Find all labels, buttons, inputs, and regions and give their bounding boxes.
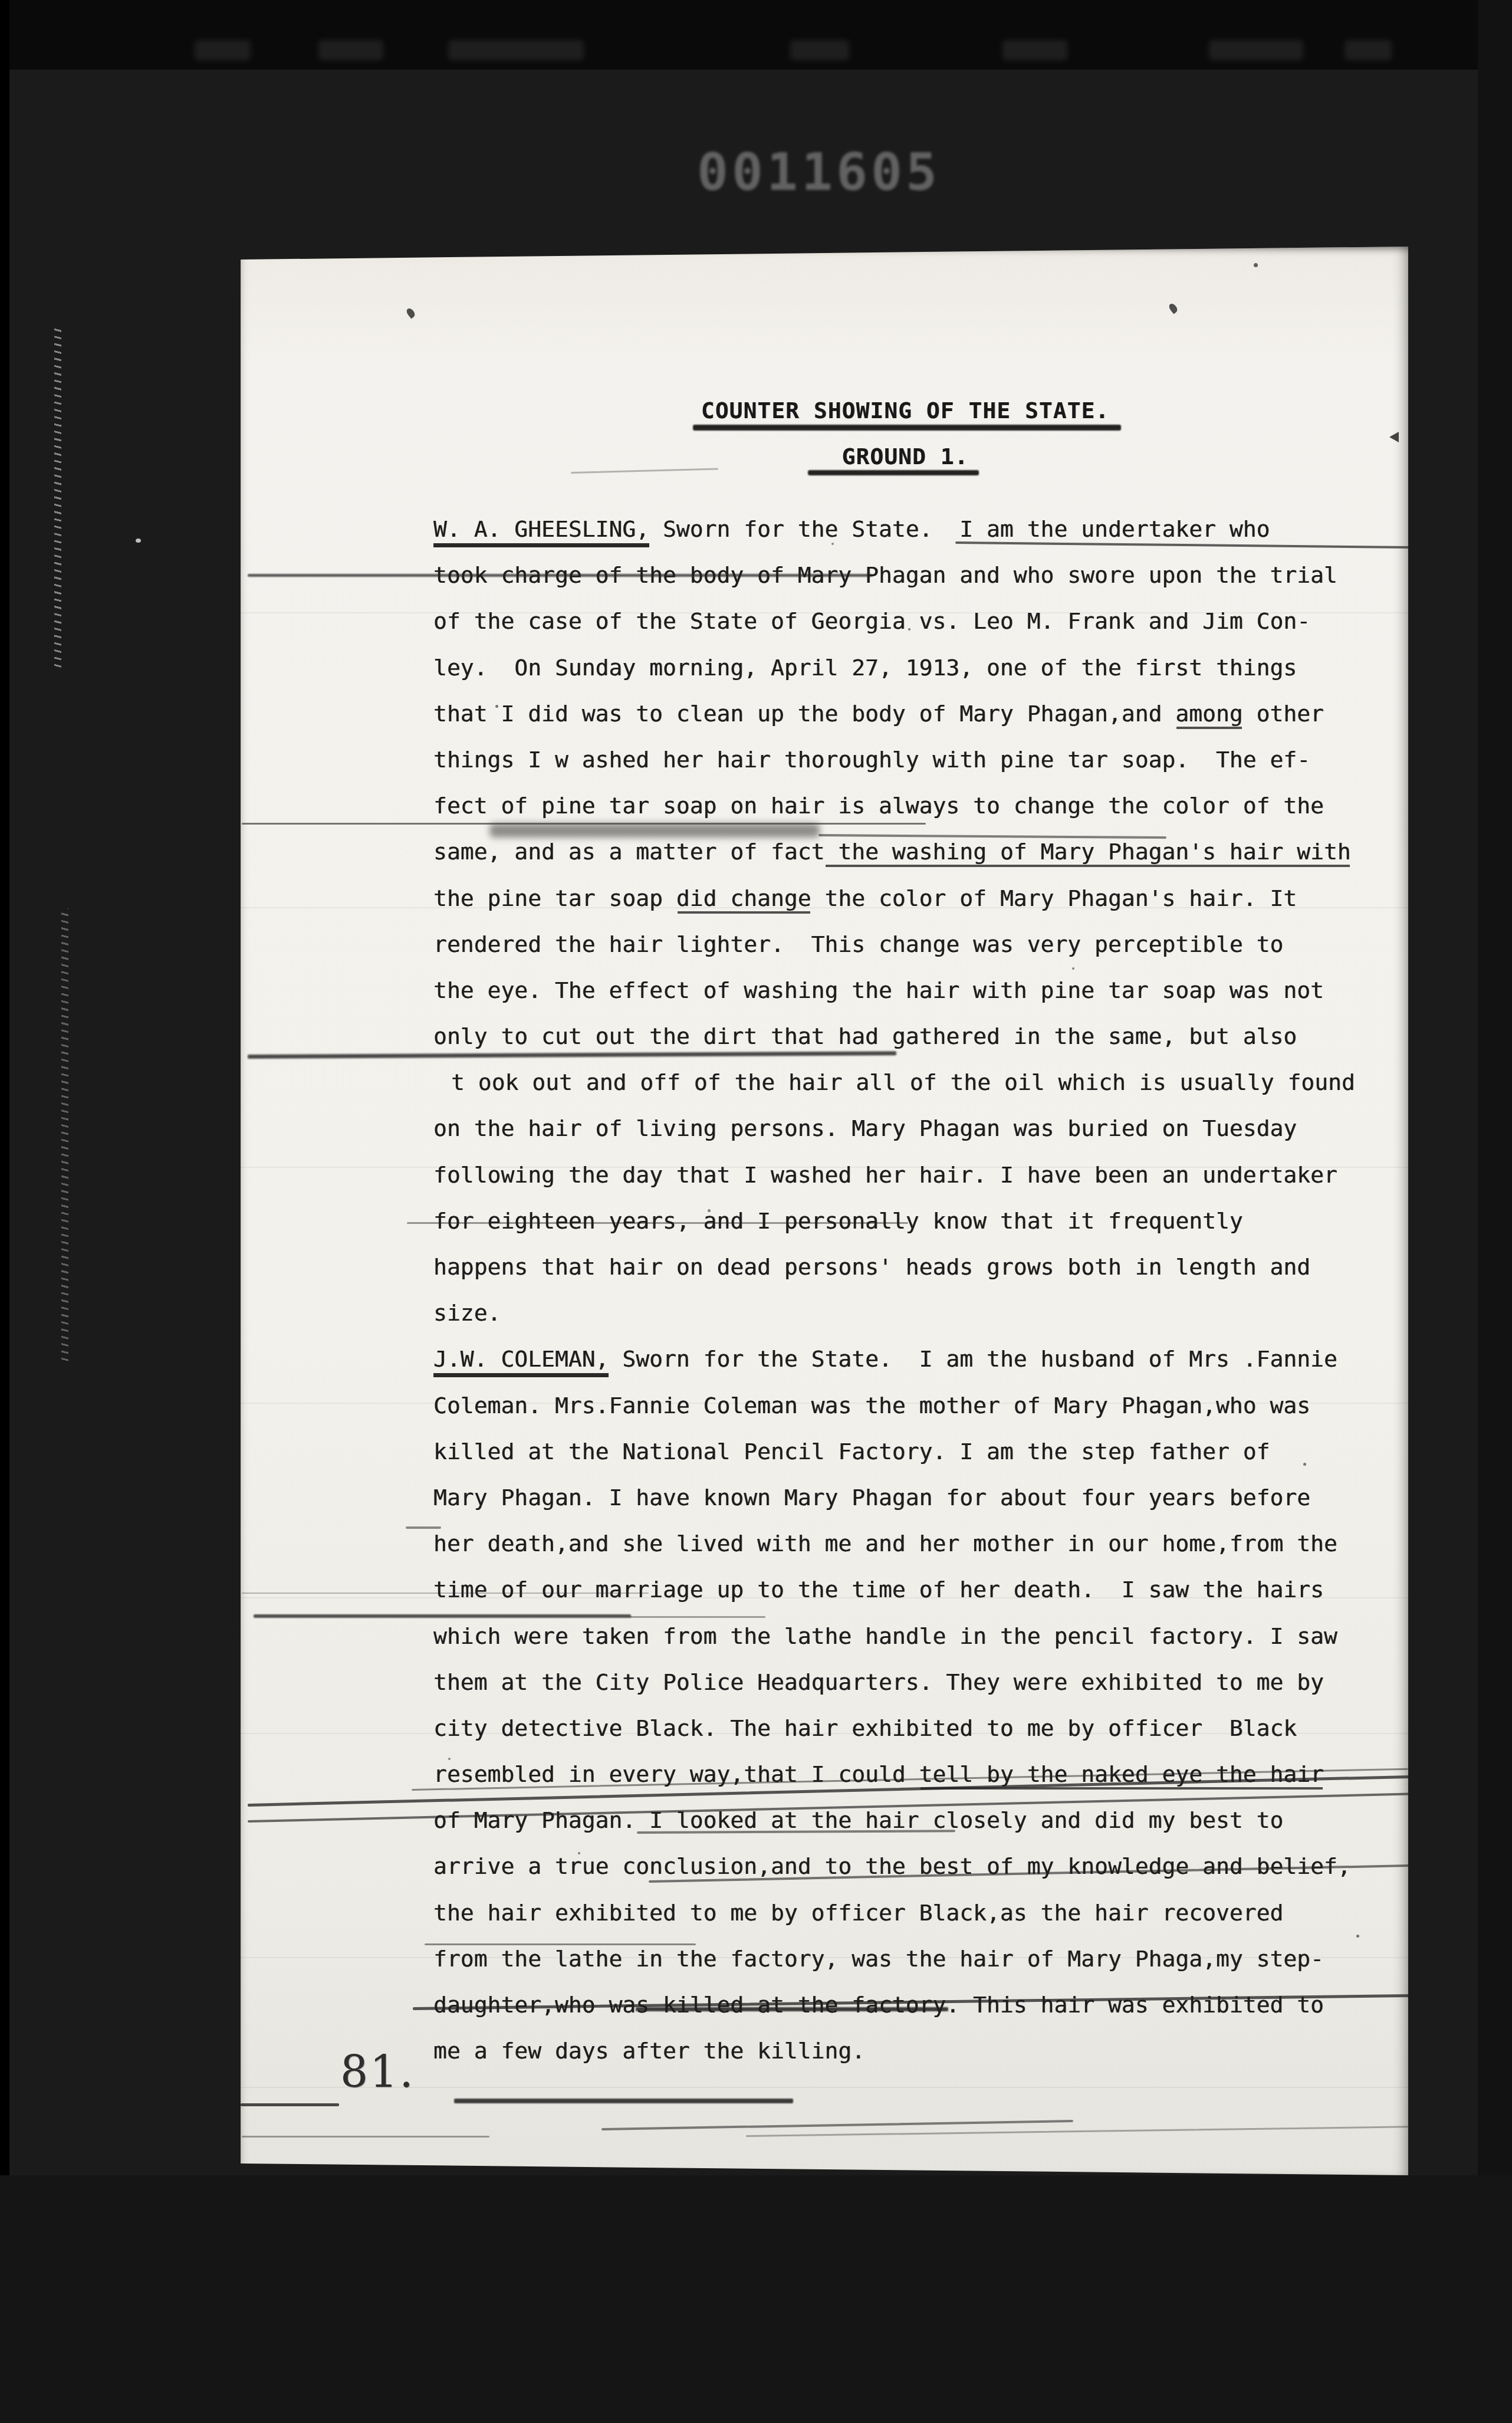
- ink-speck: [448, 1758, 451, 1760]
- ink-speck: [495, 705, 498, 708]
- scan-streak: [425, 1943, 696, 1945]
- subtitle-underlined-text: GROUND 1.: [842, 444, 969, 470]
- ghost-smudge: [448, 40, 584, 60]
- document-subtitle: GROUND 1.: [433, 444, 1377, 470]
- typed-line: of the case of the State of Georgia vs. …: [433, 598, 1401, 644]
- underlined-text: J.W. COLEMAN,: [433, 1346, 609, 1377]
- typed-text-segment: t ook out and off of the hair all of the…: [451, 1069, 1355, 1095]
- typed-line: t ook out and off of the hair all of the…: [433, 1059, 1401, 1105]
- typed-text-segment: Coleman. Mrs.Fannie Coleman was the moth…: [433, 1393, 1310, 1419]
- typed-line: fect of pine tar soap on hair is always …: [433, 783, 1401, 829]
- typed-text-segment: fect of pine tar soap on hair is always …: [433, 793, 1324, 819]
- underlined-text: W. A. GHEESLING,: [433, 516, 649, 547]
- typed-line: on the hair of living persons. Mary Phag…: [433, 1105, 1401, 1151]
- ink-speck: [1303, 1463, 1306, 1466]
- scan-streak: [746, 2126, 1408, 2137]
- film-right-band: [1478, 0, 1512, 2423]
- typed-text-segment: happens that hair on dead persons' heads…: [433, 1254, 1310, 1280]
- typed-text-segment: time of our marriage up to the time of h…: [433, 1577, 1324, 1603]
- scan-streak: [242, 2136, 489, 2138]
- typed-line: the hair exhibited to me by officer Blac…: [433, 1890, 1401, 1936]
- typed-line: for eighteen years, and I personally kno…: [433, 1198, 1401, 1244]
- scan-streak: [242, 1593, 649, 1594]
- typed-line: ley. On Sunday morning, April 27, 1913, …: [433, 645, 1401, 691]
- typed-text-segment: me a few days after the killing.: [433, 2038, 865, 2064]
- typed-text-segment: of the case of the State of Georgia vs. …: [433, 608, 1310, 634]
- ink-speck: [1254, 263, 1258, 267]
- typed-line: Mary Phagan. I have known Mary Phagan fo…: [433, 1475, 1401, 1521]
- ghost-smudge: [790, 40, 849, 60]
- microfilm-frame-number: 0011605: [697, 142, 941, 203]
- typed-text: W. A. GHEESLING, Sworn for the State. I …: [433, 506, 1401, 2074]
- underlined-text: among: [1175, 701, 1243, 727]
- typed-text-segment: city detective Black. The hair exhibited…: [433, 1715, 1297, 1741]
- typed-line: the pine tar soap did change the color o…: [433, 875, 1401, 921]
- typed-line: rendered the hair lighter. This change w…: [433, 921, 1401, 967]
- typed-text-segment: size.: [433, 1300, 501, 1326]
- scan-streak: [254, 1614, 631, 1618]
- film-scratch-mark: [54, 326, 61, 669]
- ghost-smudge: [195, 40, 251, 60]
- typed-text-segment: Mary Phagan. I have known Mary Phagan fo…: [433, 1485, 1310, 1511]
- ghost-smudge: [1002, 40, 1067, 60]
- ink-mark: [1389, 432, 1399, 442]
- ink-mark: [405, 307, 416, 319]
- ghost-smudge: [1209, 40, 1303, 60]
- scan-streak: [601, 2120, 1073, 2130]
- typed-text-segment: ley. On Sunday morning, April 27, 1913, …: [433, 655, 1297, 681]
- typed-text-segment: rendered the hair lighter. This change w…: [433, 931, 1283, 957]
- scan-smudge: [489, 823, 820, 838]
- typed-text-segment: the eye. The effect of washing the hair …: [433, 977, 1324, 1003]
- typed-line: time of our marriage up to the time of h…: [433, 1567, 1401, 1613]
- scan-streak: [636, 2007, 948, 2011]
- typed-line: her death,and she lived with me and her …: [433, 1521, 1401, 1567]
- scan-streak: [630, 1616, 765, 1618]
- underlined-text: did change: [676, 885, 811, 911]
- typed-text-segment: which were taken from the lathe handle i…: [433, 1623, 1337, 1649]
- underlined-text: the washing of Mary Phagan's hair with: [824, 839, 1350, 865]
- document-title: COUNTER SHOWING OF THE STATE.: [433, 398, 1377, 423]
- typed-text-segment: the hair exhibited to me by officer Blac…: [433, 1900, 1283, 1926]
- typed-line: J.W. COLEMAN, Sworn for the State. I am …: [433, 1336, 1401, 1382]
- typed-text-segment: things I w ashed her hair thoroughly wit…: [433, 747, 1310, 773]
- film-left-edge: [0, 0, 9, 2423]
- typed-line: them at the City Police Headquarters. Th…: [433, 1659, 1401, 1705]
- ghost-smudge: [318, 40, 383, 60]
- film-bottom-area: [0, 2175, 1512, 2423]
- ink-speck: [908, 628, 911, 631]
- typed-line: Coleman. Mrs.Fannie Coleman was the moth…: [433, 1383, 1401, 1429]
- typed-text-segment: other: [1243, 701, 1324, 727]
- film-scratch-mark: [61, 908, 68, 1362]
- typed-text-segment: only to cut out the dirt that had gather…: [433, 1023, 1297, 1049]
- typed-line: killed at the National Pencil Factory. I…: [433, 1429, 1401, 1475]
- ink-speck: [831, 543, 834, 545]
- microfilm-frame: 0011605 COUNTER SHOWING OF THE STATE. GR…: [0, 0, 1512, 2423]
- typed-text-segment: for eighteen years, and I personally kno…: [433, 1208, 1243, 1234]
- typed-text-segment: the color of Mary Phagan's hair. It: [811, 885, 1297, 911]
- typed-text-segment: Sworn for the State. I am the husband of…: [609, 1346, 1337, 1372]
- typed-line: arrive a true conclusion,and to the best…: [433, 1843, 1401, 1889]
- typed-line: resembled in every way,that I could tell…: [433, 1751, 1401, 1797]
- typed-line: which were taken from the lathe handle i…: [433, 1613, 1401, 1659]
- typed-text-segment: same, and as a matter of fact: [433, 839, 824, 865]
- typed-text-segment: on the hair of living persons. Mary Phag…: [433, 1115, 1297, 1141]
- page-number: 81.: [340, 2047, 415, 2097]
- scan-streak: [407, 1222, 908, 1224]
- typed-line: following the day that I washed her hair…: [433, 1152, 1401, 1198]
- scan-streak: [248, 574, 873, 577]
- ghost-smudge: [1345, 40, 1392, 60]
- typed-line: from the lathe in the factory, was the h…: [433, 1936, 1401, 1982]
- typed-text-segment: Sworn for the State. I am the undertaker…: [649, 516, 1270, 542]
- ink-speck: [578, 1852, 580, 1854]
- ink-mark: [1168, 302, 1179, 314]
- typed-text-segment: the pine tar soap: [433, 885, 676, 911]
- typed-line: happens that hair on dead persons' heads…: [433, 1244, 1401, 1290]
- typed-text-segment: from the lathe in the factory, was the h…: [433, 1946, 1324, 1972]
- typed-line: the eye. The effect of washing the hair …: [433, 967, 1401, 1013]
- ink-speck: [1072, 967, 1074, 970]
- typed-text-segment: following the day that I washed her hair…: [433, 1162, 1337, 1188]
- typed-text-segment: her death,and she lived with me and her …: [433, 1531, 1337, 1557]
- scan-streak: [454, 2099, 793, 2103]
- scan-streak: [241, 2103, 339, 2106]
- typed-line: city detective Black. The hair exhibited…: [433, 1705, 1401, 1751]
- ink-speck: [708, 1209, 711, 1212]
- typed-text-segment: of Mary Phagan. I looked at the hair clo…: [433, 1807, 1283, 1833]
- paper-texture-line: [241, 2087, 1408, 2088]
- title-underlined-text: COUNTER SHOWING OF THE STATE.: [701, 398, 1109, 423]
- typed-text-segment: killed at the National Pencil Factory. I…: [433, 1439, 1270, 1465]
- typed-line: size.: [433, 1290, 1401, 1336]
- typed-text-segment: that I did was to clean up the body of M…: [433, 701, 1175, 727]
- typed-line: things I w ashed her hair thoroughly wit…: [433, 737, 1401, 783]
- typed-text-segment: them at the City Police Headquarters. Th…: [433, 1669, 1324, 1695]
- scan-streak: [406, 1526, 441, 1529]
- typed-line: that I did was to clean up the body of M…: [433, 691, 1401, 737]
- typed-line: me a few days after the killing.: [433, 2028, 1401, 2074]
- film-speck: [136, 539, 141, 543]
- document-page: COUNTER SHOWING OF THE STATE. GROUND 1. …: [241, 247, 1408, 2175]
- ink-speck: [1356, 1935, 1359, 1938]
